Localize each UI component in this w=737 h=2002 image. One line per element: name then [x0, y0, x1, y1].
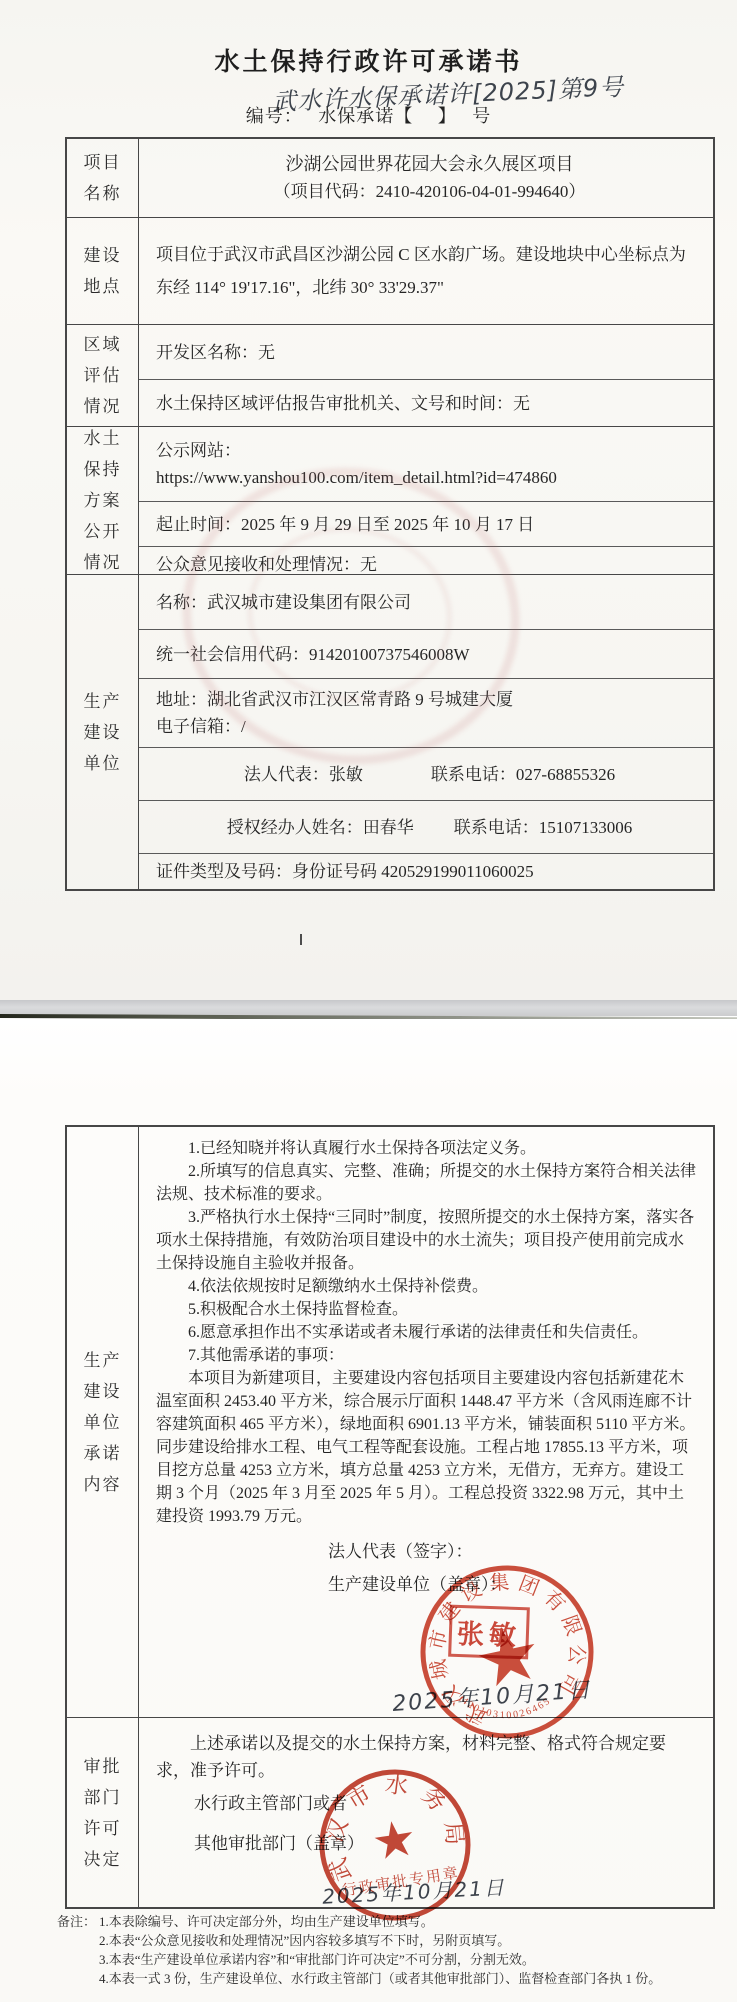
document-number-line: 编号： 水保承诺【 】 号	[0, 102, 737, 128]
regional-dev-zone: 开发区名称：无	[139, 325, 713, 379]
legal-rep-name-seal: 张敏	[448, 1605, 530, 1660]
row-commitments: 生产建设单位承诺内容 1.已经知晓并将认真履行水土保持各项法定义务。 2.所填写…	[67, 1127, 713, 1717]
commitment-text-block: 1.已经知晓并将认真履行水土保持各项法定义务。 2.所填写的信息真实、完整、准确…	[139, 1127, 713, 1607]
label-construction-unit: 生产建设单位	[67, 575, 139, 889]
publicity-site-label: 公示网站：	[156, 437, 703, 464]
commitment-item: 1.已经知晓并将认真履行水土保持各项法定义务。	[156, 1137, 699, 1160]
notes-label: 备注：	[57, 1912, 99, 1988]
commitment-item: 5.积极配合水土保持监督检查。	[156, 1298, 699, 1321]
unit-legal-rep: 法人代表：张敏	[244, 761, 363, 788]
number-label: 编号：	[246, 106, 303, 126]
note-item: 3.本表“生产建设单位承诺内容”和“审批部门许可决定”不可分割，分割无效。	[99, 1950, 707, 1969]
page-number-mark	[300, 934, 302, 945]
location-text: 项目位于武汉市武昌区沙湖公园 C 区水韵广场。建设地块中心坐标点为东经 114°…	[156, 238, 703, 304]
label-commitments: 生产建设单位承诺内容	[67, 1127, 139, 1717]
project-name: 沙湖公园世界花园大会永久展区项目	[156, 151, 703, 178]
label-approval-decision: 审批部门许可决定	[67, 1718, 139, 1907]
water-seal-sub-text: 行政审批专用章	[341, 1863, 461, 1899]
row-project-name: 项目名称 沙湖公园世界花园大会永久展区项目 （项目代码：2410-420106-…	[67, 139, 713, 217]
row-location: 建设地点 项目位于武汉市武昌区沙湖公园 C 区水韵广场。建设地块中心坐标点为东经…	[67, 217, 713, 324]
commitment-item: 2.所填写的信息真实、完整、准确；所提交的水土保持方案符合相关法律法规、技术标准…	[156, 1160, 699, 1206]
commitment-item: 7.其他需承诺的事项：	[156, 1344, 699, 1367]
unit-agent: 授权经办人姓名：田春华	[227, 814, 414, 841]
unit-legal-phone: 联系电话：027-68855326	[431, 761, 615, 788]
project-detail-text: 本项目为新建项目，主要建设内容包括项目主要建设内容包括新建花木温室面积 2453…	[156, 1367, 699, 1528]
commitment-item: 3.严格执行水土保持“三同时”制度，按照所提交的水土保持方案，落实各项水土保持措…	[156, 1206, 699, 1275]
number-suffix: 号	[472, 106, 491, 126]
commitment-item: 6.愿意承担作出不实承诺或者未履行承诺的法律责任和失信责任。	[156, 1321, 699, 1344]
number-value: 水保承诺【 】	[318, 106, 457, 126]
regional-report-approval: 水土保持区域评估报告审批机关、文号和时间：无	[139, 379, 713, 426]
commitment-item: 4.依法依规按时足额缴纳水土保持补偿费。	[156, 1275, 699, 1298]
row-regional-assessment: 区域评估情况 开发区名称：无 水土保持区域评估报告审批机关、文号和时间：无	[67, 324, 713, 426]
water-seal-star-icon	[372, 1818, 415, 1860]
project-code: （项目代码：2410-420106-04-01-994640）	[156, 178, 703, 205]
label-regional-assessment: 区域评估情况	[67, 325, 139, 426]
unit-legal-rep-row: 法人代表：张敏 联系电话：027-68855326	[139, 747, 713, 800]
label-project-name: 项目名称	[67, 139, 139, 217]
note-item: 4.本表一式 3 份，生产建设单位、水行政主管部门（或者其他审批部门）、监督检查…	[99, 1969, 707, 1988]
water-bureau-seal: 武汉市水务局 行政审批专用章	[303, 1753, 486, 1936]
unit-agent-row: 授权经办人姓名：田春华 联系电话：15107133006	[139, 800, 713, 853]
label-location: 建设地点	[67, 218, 139, 324]
label-plan-publicity: 水土保持方案公开情况	[67, 427, 139, 574]
unit-id-info: 证件类型及号码：身份证号码 420529199011060025	[139, 853, 713, 889]
unit-agent-phone: 联系电话：15107133006	[454, 814, 633, 841]
note-item: 2.本表“公众意见接收和处理情况”因内容较多填写不下时，另附页填写。	[99, 1931, 707, 1950]
scanned-document: 水土保持行政许可承诺书 武水许水保承诺许[2025]第9号 编号： 水保承诺【 …	[0, 0, 737, 2002]
